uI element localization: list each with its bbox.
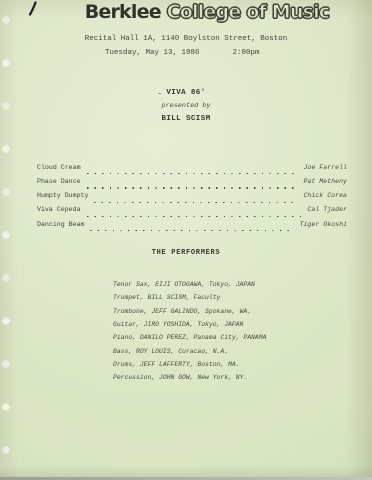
performer-line: Bass, ROY LOUIS, Curacao, N.A. — [113, 345, 266, 358]
dotted-leader — [87, 216, 302, 217]
punch-hole — [2, 317, 10, 325]
punch-hole — [2, 446, 10, 454]
dotted-leader — [87, 173, 298, 174]
piece-title: Dancing Beam — [37, 221, 84, 228]
performers-list: Tenor Sax, EIJI OTOGAWA, Tokyo, JAPAN Tr… — [113, 278, 266, 385]
performers-heading: THE PERFORMERS — [0, 249, 372, 257]
program-row: Dancing Beam Tiger Okoshi — [37, 221, 347, 235]
composer-name: Joe Farrell — [303, 164, 347, 171]
piece-title: Viva Cepeda — [37, 206, 81, 213]
paper-bottom-shadow — [0, 466, 372, 477]
program-row: Cloud Cream Joe Farrell — [37, 164, 347, 178]
time-text: 2:00pm — [233, 49, 260, 58]
performer-line: Tenor Sax, EIJI OTOGAWA, Tokyo, JAPAN — [113, 278, 266, 291]
performer-line: Drums, JEFF LAFFERTY, Boston, MA. — [113, 358, 266, 371]
presenter-name: BILL SCISM — [0, 115, 372, 123]
program-row: Phase Dance Pat Metheny — [37, 178, 347, 192]
dotted-leader — [87, 187, 298, 188]
show-title: VIVA 86' — [0, 89, 372, 97]
performer-line: Piano, DANILO PEREZ, Panama City, PANAMA — [113, 331, 266, 344]
composer-name: Cal Tjader — [307, 206, 347, 213]
punch-hole — [2, 188, 10, 196]
logo-words-college-of-music: College of Music — [167, 1, 330, 23]
piece-title: Humpty Dumpty — [37, 192, 88, 199]
punch-hole — [2, 59, 10, 67]
piece-title: Phase Dance — [37, 178, 81, 185]
performer-line: Percussion, JOHN GOW, New York, NY. — [113, 371, 266, 384]
performer-line: Trombone, JEFF GALINDO, Spokane, WA. — [113, 305, 266, 318]
logo-word-berklee: Berklee — [85, 1, 161, 23]
performer-line: Trumpet, BILL SCISM, Faculty — [113, 291, 266, 304]
piece-title: Cloud Cream — [37, 164, 81, 171]
punch-hole — [2, 231, 10, 239]
date-time-line: Tuesday, May 13, 1986 2:00pm — [105, 49, 260, 58]
presented-by-label: presented by — [0, 102, 372, 110]
punch-hole — [2, 274, 10, 282]
paper-vignette — [0, 0, 372, 480]
venue-line: Recital Hall 1A, 1140 Boylston Street, B… — [0, 35, 372, 44]
composer-name: Pat Metheny — [303, 178, 347, 185]
dotted-leader — [90, 230, 293, 231]
berklee-logo: Berklee College of Music — [0, 1, 372, 23]
performer-line: Guitar, JIRO YOSHIDA, Tokyo, JAPAN — [113, 318, 266, 331]
paper-bottom-edge — [0, 477, 372, 480]
punch-hole — [2, 145, 10, 153]
composer-name: Chick Corea — [303, 192, 347, 199]
concert-program-page: Berklee College of Music Recital Hall 1A… — [0, 0, 372, 480]
dotted-leader — [94, 202, 297, 203]
composer-name: Tiger Okoshi — [300, 221, 347, 228]
program-list: Cloud Cream Joe Farrell Phase Dance Pat … — [37, 164, 347, 235]
punch-hole — [2, 403, 10, 411]
program-row: Humpty Dumpty Chick Corea — [37, 192, 347, 206]
program-row: Viva Cepeda Cal Tjader — [37, 206, 347, 220]
date-text: Tuesday, May 13, 1986 — [105, 49, 200, 58]
punch-hole — [2, 360, 10, 368]
